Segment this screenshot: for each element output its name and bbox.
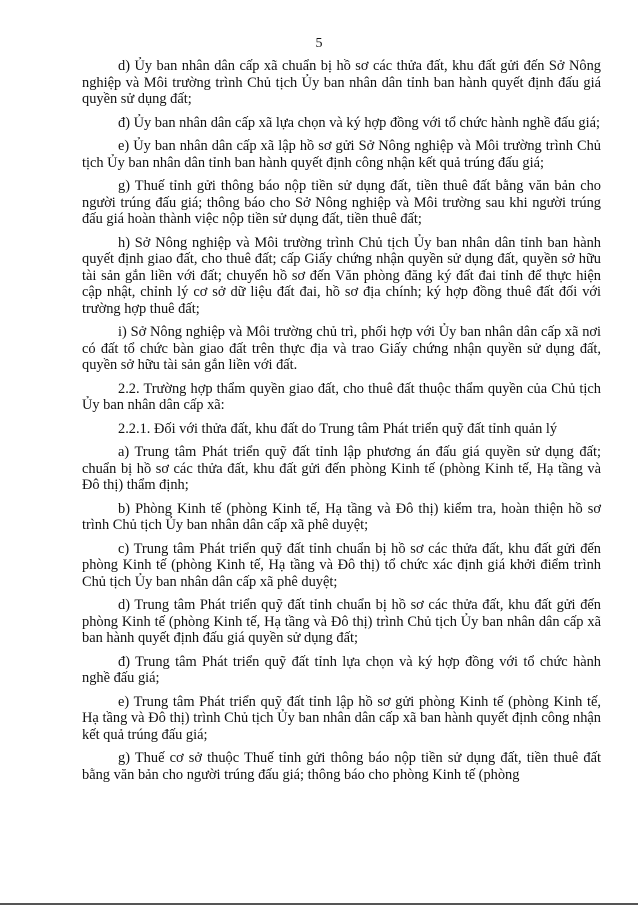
paragraph-i-handover: i) Sở Nông nghiệp và Môi trường chủ trì,… [82, 324, 601, 374]
paragraph-g-tax-notice: g) Thuế tỉnh gửi thông báo nộp tiền sử d… [82, 178, 601, 228]
paragraph-d-auction-decision: d) Trung tâm Phát triển quỹ đất tỉnh chu… [82, 597, 601, 647]
section-heading-2-2: 2.2. Trường hợp thẩm quyền giao đất, cho… [82, 381, 601, 414]
paragraph-b-economic-office: b) Phòng Kinh tế (phòng Kinh tế, Hạ tầng… [82, 501, 601, 534]
document-page: 5 d) Ủy ban nhân dân cấp xã chuẩn bị hồ … [0, 0, 638, 905]
page-number: 5 [0, 36, 638, 52]
paragraph-g-local-tax-notice: g) Thuế cơ sở thuộc Thuế tỉnh gửi thông … [82, 750, 601, 783]
paragraph-e-commune-records: e) Ủy ban nhân dân cấp xã lập hồ sơ gửi … [82, 138, 601, 171]
paragraph-d-commune-prepare: d) Ủy ban nhân dân cấp xã chuẩn bị hồ sơ… [82, 58, 601, 108]
paragraph-dd-auction-contract: đ) Trung tâm Phát triển quỹ đất tỉnh lựa… [82, 654, 601, 687]
paragraph-e-result-recognition: e) Trung tâm Phát triển quỹ đất tỉnh lập… [82, 694, 601, 744]
paragraph-h-department-submit: h) Sở Nông nghiệp và Môi trường trình Ch… [82, 235, 601, 318]
paragraph-a-land-fund-plan: a) Trung tâm Phát triển quỹ đất tỉnh lập… [82, 444, 601, 494]
paragraph-dd-commune-select: đ) Ủy ban nhân dân cấp xã lựa chọn và ký… [82, 115, 601, 132]
page-body: d) Ủy ban nhân dân cấp xã chuẩn bị hồ sơ… [82, 58, 601, 790]
paragraph-c-starting-price: c) Trung tâm Phát triển quỹ đất tỉnh chu… [82, 541, 601, 591]
section-heading-2-2-1: 2.2.1. Đối với thửa đất, khu đất do Trun… [82, 421, 601, 438]
